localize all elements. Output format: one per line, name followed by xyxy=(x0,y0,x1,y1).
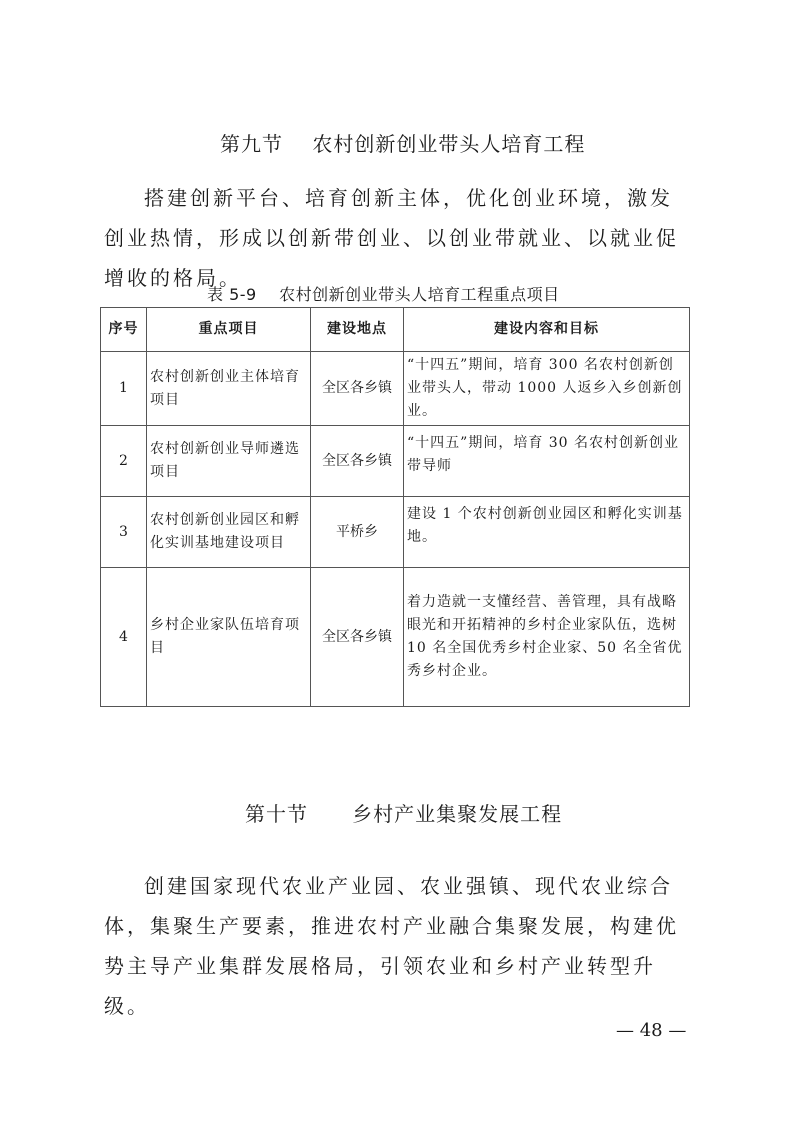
row-no: 3 xyxy=(101,497,147,568)
row-location: 全区各乡镇 xyxy=(311,568,404,707)
row-location: 全区各乡镇 xyxy=(311,426,404,497)
section-10-title: 第十节 乡村产业集聚发展工程 xyxy=(245,798,562,827)
header-content: 建设内容和目标 xyxy=(404,308,690,352)
section-9-title: 第九节 农村创新创业带头人培育工程 xyxy=(220,128,585,157)
row-project: 农村创新创业导师遴选项目 xyxy=(147,426,311,497)
row-location: 全区各乡镇 xyxy=(311,352,404,426)
row-location: 平桥乡 xyxy=(311,497,404,568)
row-content: 着力造就一支懂经营、善管理，具有战略眼光和开拓精神的乡村企业家队伍，选树 10 … xyxy=(404,568,690,707)
row-content: “十四五”期间，培育 300 名农村创新创业带头人，带动 1000 人返乡入乡创… xyxy=(404,352,690,426)
table-row: 4 乡村企业家队伍培育项目 全区各乡镇 着力造就一支懂经营、善管理，具有战略眼光… xyxy=(101,568,690,707)
key-projects-table: 序号 重点项目 建设地点 建设内容和目标 1 农村创新创业主体培育项目 全区各乡… xyxy=(100,307,690,707)
table-row: 1 农村创新创业主体培育项目 全区各乡镇 “十四五”期间，培育 300 名农村创… xyxy=(101,352,690,426)
table-row: 2 农村创新创业导师遴选项目 全区各乡镇 “十四五”期间，培育 30 名农村创新… xyxy=(101,426,690,497)
header-location: 建设地点 xyxy=(311,308,404,352)
header-no: 序号 xyxy=(101,308,147,352)
table-caption: 表 5-9 农村创新创业带头人培育工程重点项目 xyxy=(207,282,560,305)
row-project: 农村创新创业园区和孵化实训基地建设项目 xyxy=(147,497,311,568)
row-no: 1 xyxy=(101,352,147,426)
section-10-paragraph: 创建国家现代农业产业园、农业强镇、现代农业综合体，集聚生产要素，推进农村产业融合… xyxy=(104,866,694,1026)
row-content: “十四五”期间，培育 30 名农村创新创业带导师 xyxy=(404,426,690,497)
page-number: — 48 — xyxy=(616,1020,686,1041)
section-9-paragraph: 搭建创新平台、培育创新主体，优化创业环境，激发创业热情，形成以创新带创业、以创业… xyxy=(104,178,694,298)
table-header-row: 序号 重点项目 建设地点 建设内容和目标 xyxy=(101,308,690,352)
row-project: 农村创新创业主体培育项目 xyxy=(147,352,311,426)
row-no: 4 xyxy=(101,568,147,707)
row-project: 乡村企业家队伍培育项目 xyxy=(147,568,311,707)
header-project: 重点项目 xyxy=(147,308,311,352)
row-no: 2 xyxy=(101,426,147,497)
row-content: 建设 1 个农村创新创业园区和孵化实训基地。 xyxy=(404,497,690,568)
table-row: 3 农村创新创业园区和孵化实训基地建设项目 平桥乡 建设 1 个农村创新创业园区… xyxy=(101,497,690,568)
